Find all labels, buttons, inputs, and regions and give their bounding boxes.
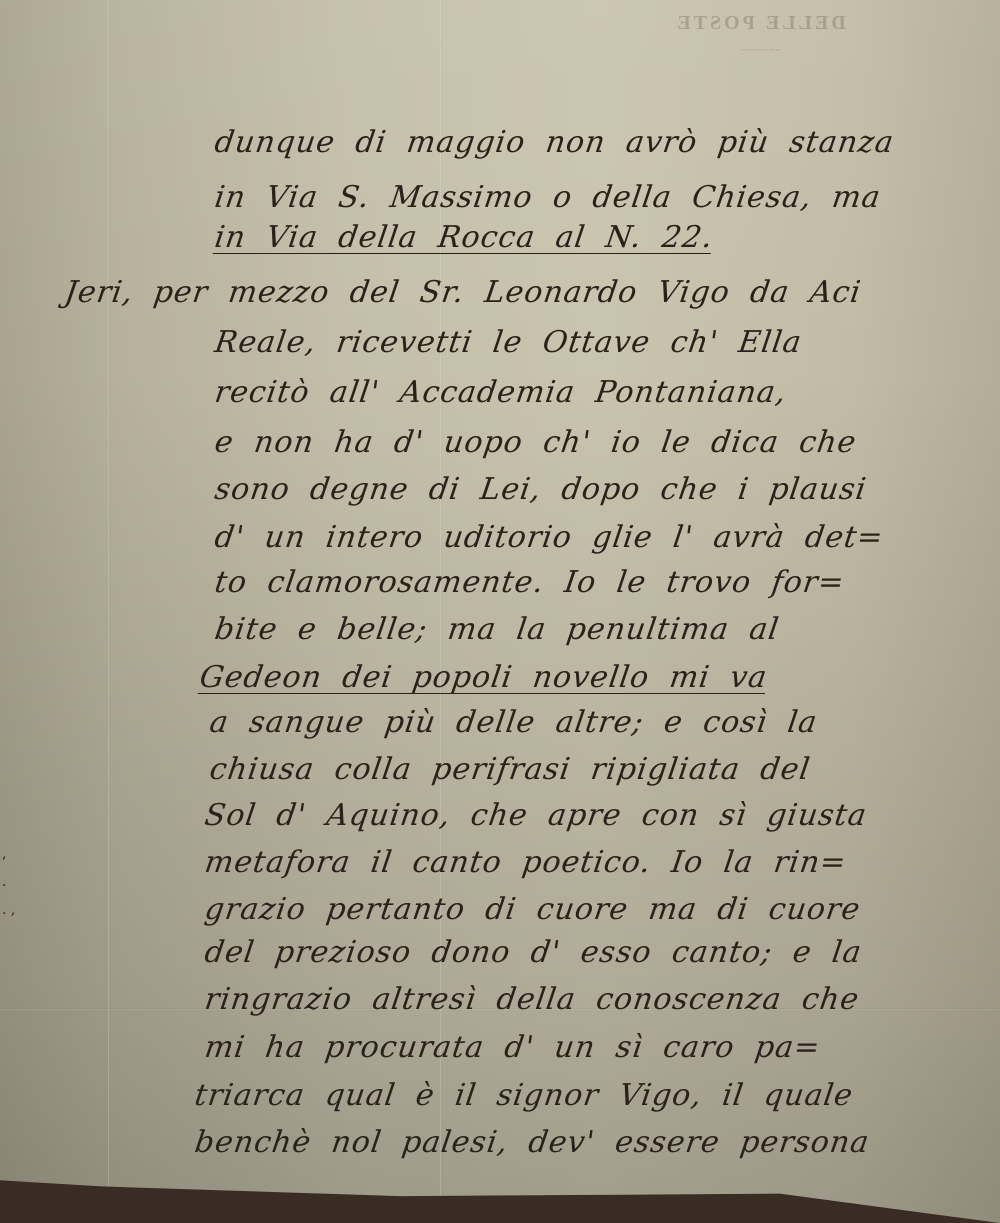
letter-line: sono degne di Lei, dopo che i plausi bbox=[213, 472, 953, 507]
letter-line: grazio pertanto di cuore ma di cuore bbox=[203, 892, 953, 927]
letter-paper: DELLE POSTE ~~~~~~~ dunque di maggio non… bbox=[0, 0, 1000, 1223]
vertical-fold bbox=[108, 0, 110, 1223]
letter-line: a sangue più delle altre; e così la bbox=[208, 705, 953, 740]
letter-line: chiusa colla perifrasi ripigliata del bbox=[208, 752, 953, 787]
stamp-line-3: ~~~~~~~ bbox=[610, 45, 910, 55]
letter-line: Jeri, per mezzo del Sr. Leonardo Vigo da… bbox=[63, 275, 953, 310]
letter-line-underlined: in Via della Rocca al N. 22. bbox=[213, 220, 953, 255]
letter-line-underlined: Gedeon dei popoli novello mi va bbox=[198, 660, 953, 695]
letterhead-stamp: DELLE POSTE ~~~~~~~ bbox=[610, 0, 910, 55]
letter-line: in Via S. Massimo o della Chiesa, ma bbox=[213, 180, 953, 215]
letter-line: triarca qual è il signor Vigo, il quale bbox=[193, 1078, 953, 1113]
letter-line: Sol d' Aquino, che apre con sì giusta bbox=[203, 798, 953, 833]
letter-line: d' un intero uditorio glie l' avrà det= bbox=[213, 520, 953, 555]
letter-line: dunque di maggio non avrò più stanza bbox=[213, 125, 953, 160]
letter-line: e non ha d' uopo ch' io le dica che bbox=[213, 425, 953, 460]
letter-line: ringrazio altresì della conoscenza che bbox=[203, 982, 953, 1017]
letter-line: recitò all' Accademia Pontaniana, bbox=[213, 375, 953, 410]
letter-line: del prezioso dono d' esso canto; e la bbox=[203, 935, 953, 970]
letter-line: to clamorosamente. Io le trovo for= bbox=[213, 565, 953, 600]
letter-line: bite e belle; ma la penultima al bbox=[213, 612, 953, 647]
letter-line: metafora il canto poetico. Io la rin= bbox=[203, 845, 953, 880]
letter-line: benchè nol palesi, dev' essere persona bbox=[193, 1125, 953, 1160]
margin-ink-marks: ,.. , bbox=[2, 840, 15, 924]
stamp-line-2: DELLE POSTE bbox=[610, 12, 910, 35]
letter-line: mi ha procurata d' un sì caro pa= bbox=[203, 1030, 953, 1065]
letter-line: Reale, ricevetti le Ottave ch' Ella bbox=[213, 325, 953, 360]
